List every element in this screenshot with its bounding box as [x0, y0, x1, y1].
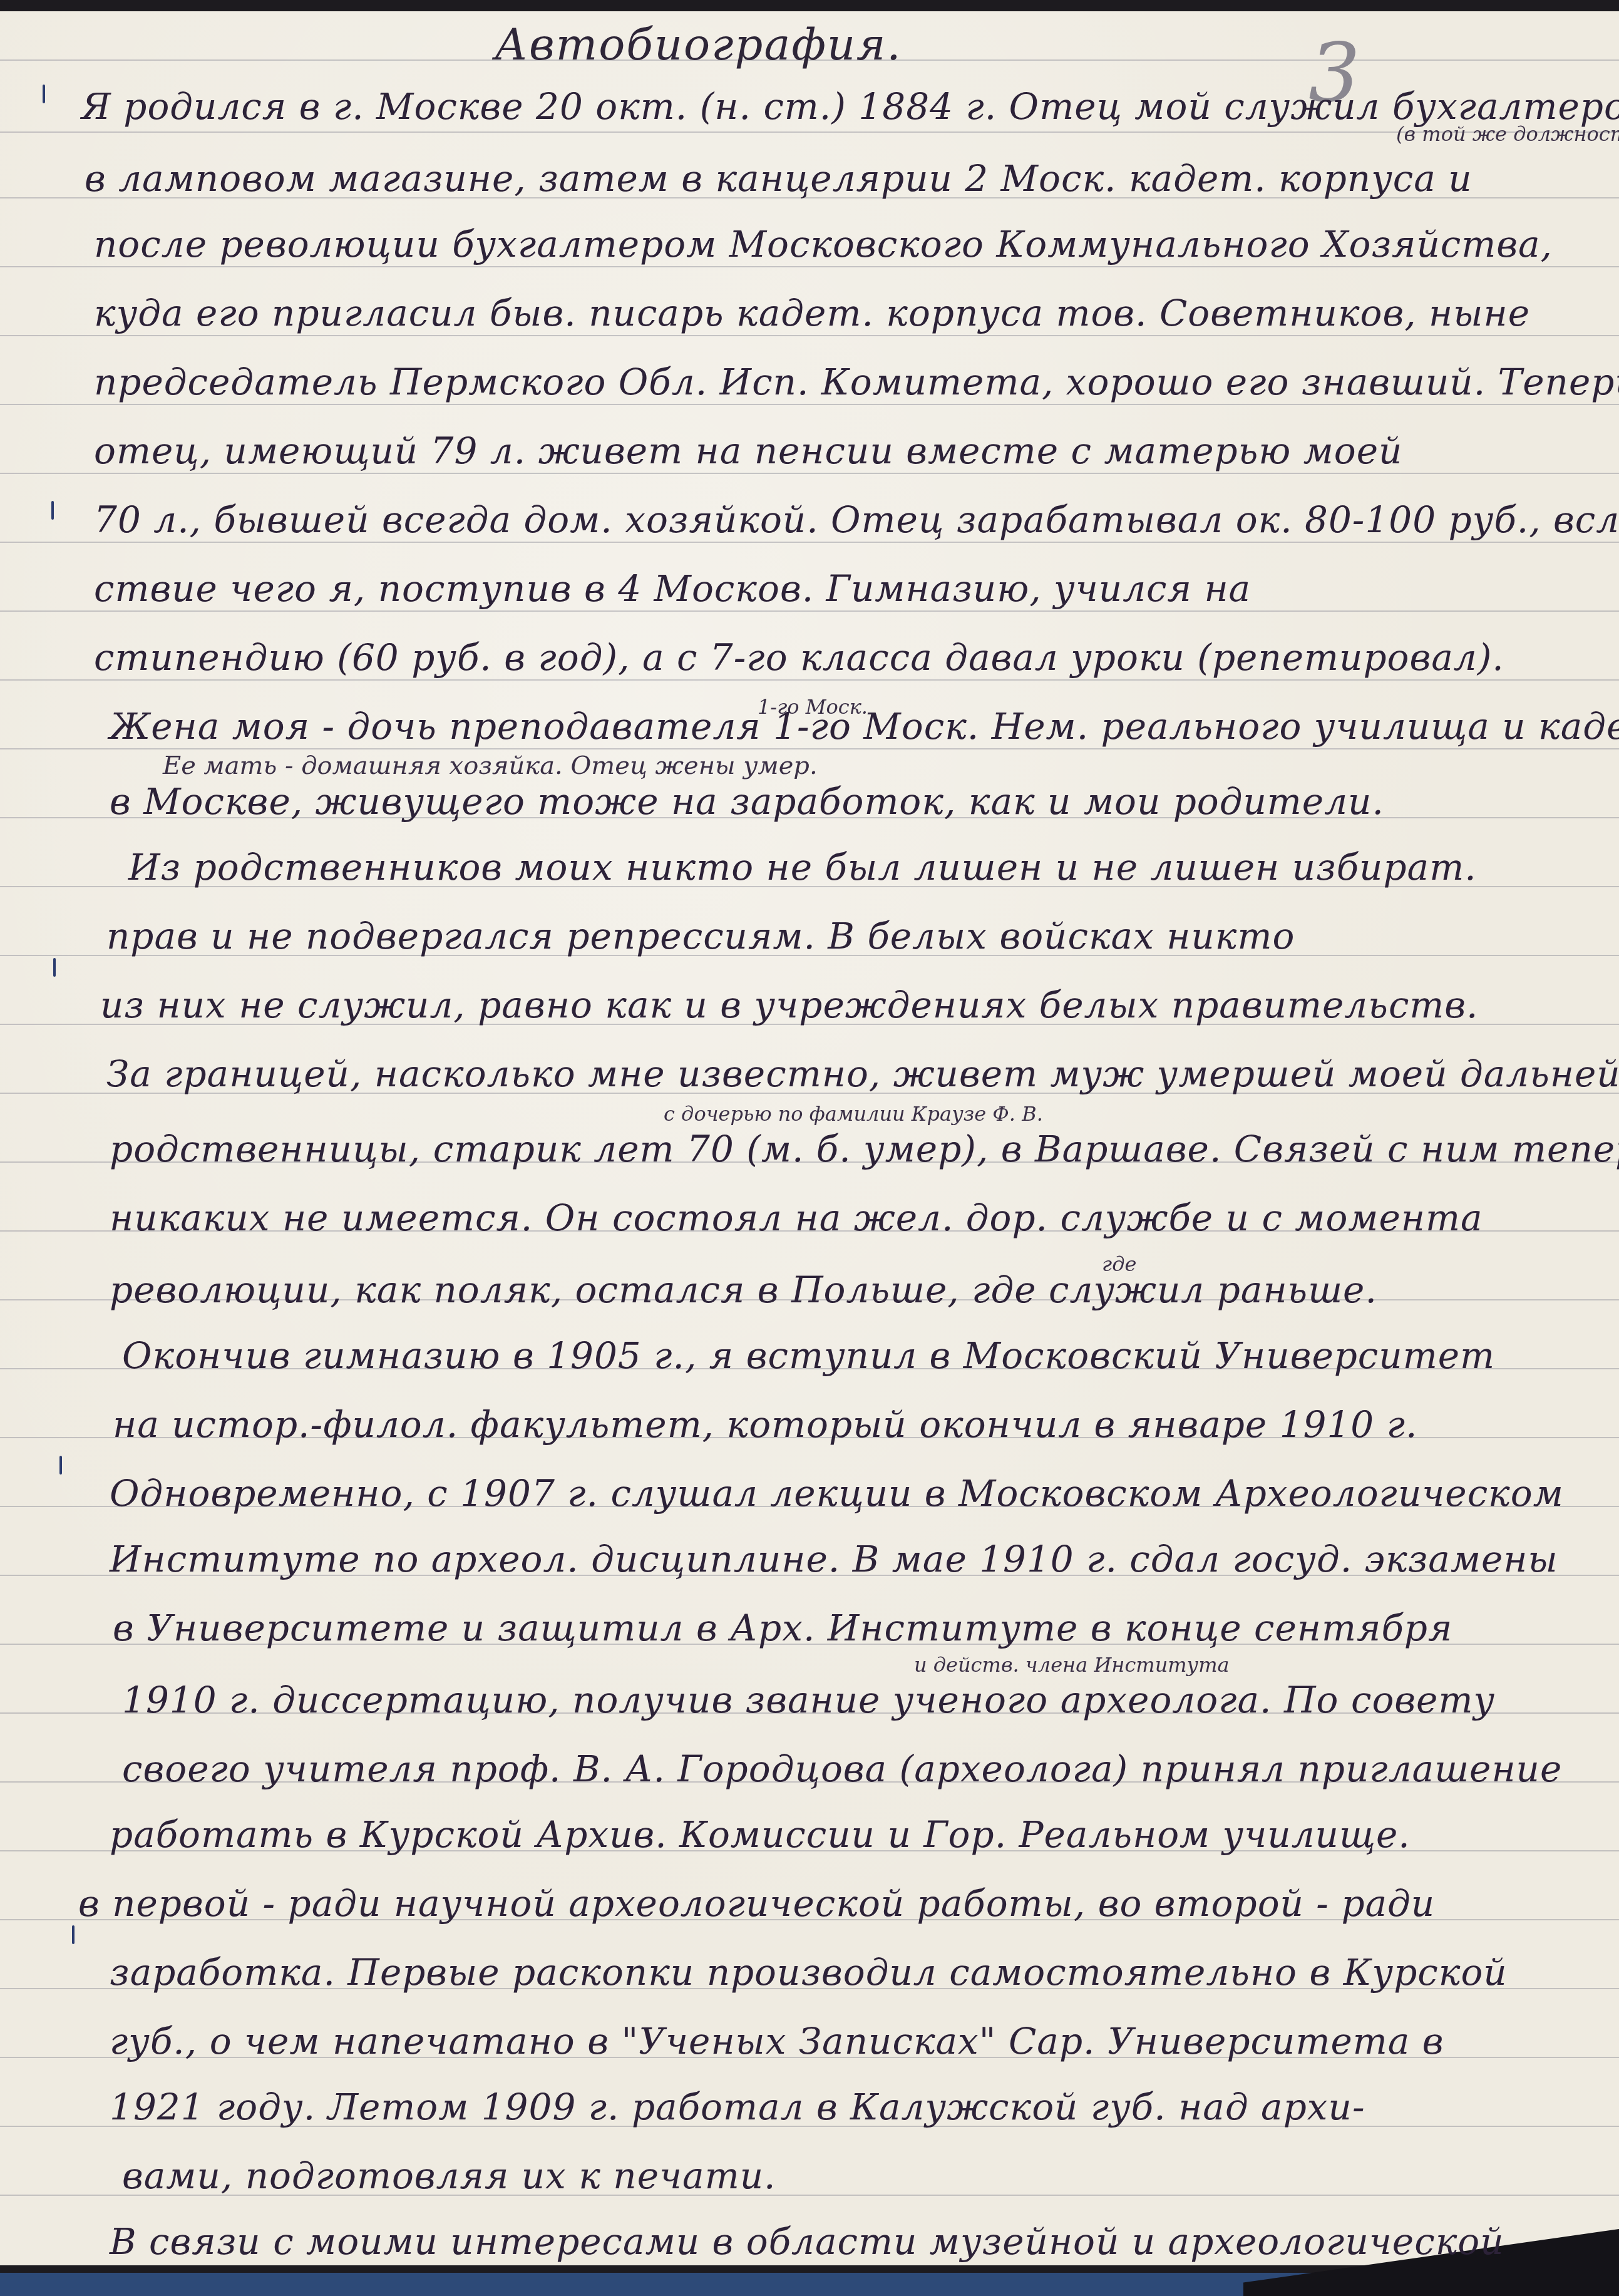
- text-line: ствие чего я, поступив в 4 Москов. Гимна…: [94, 567, 1251, 610]
- text-line: Из родственников моих никто не был лишен…: [128, 845, 1477, 889]
- text-line: Окончив гимназию в 1905 г., я вступил в …: [122, 1334, 1495, 1377]
- text-line: Я родился в г. Москве 20 окт. (н. ст.) 1…: [81, 85, 1619, 128]
- text-line: вами, подготовляя их к печати.: [122, 2154, 776, 2198]
- text-line: куда его пригласил быв. писарь кадет. ко…: [94, 291, 1530, 335]
- text-line: своего учителя проф. В. А. Городцова (ар…: [122, 1747, 1562, 1791]
- ruled-line: [0, 748, 1619, 749]
- text-line: губ., о чем напечатано в "Ученых Записка…: [110, 2019, 1444, 2063]
- text-line: Жена моя - дочь преподавателя 1-го Моск.…: [110, 704, 1619, 748]
- interlinear-note: (в той же должности): [1396, 122, 1619, 146]
- margin-mark: [51, 501, 54, 520]
- margin-mark: [59, 1456, 62, 1475]
- text-line: прав и не подвергался репрессиям. В белы…: [106, 914, 1295, 958]
- text-line: Институте по археол. дисциплине. В мае 1…: [110, 1537, 1558, 1581]
- margin-mark: [72, 1925, 75, 1944]
- document-title: Автобиография.: [495, 19, 902, 70]
- text-line: из них не служил, равно как и в учрежден…: [100, 983, 1479, 1027]
- margin-mark: [43, 85, 45, 103]
- ruled-line: [0, 266, 1619, 267]
- ruled-line: [0, 131, 1619, 133]
- margin-mark: [53, 958, 56, 977]
- text-line: 1921 году. Летом 1909 г. работал в Калуж…: [110, 2085, 1365, 2129]
- text-line: на истор.-филол. факультет, который окон…: [113, 1403, 1417, 1446]
- ruled-line: [0, 473, 1619, 474]
- ruled-line: [0, 679, 1619, 681]
- text-line: работать в Курской Архив. Комиссии и Гор…: [110, 1813, 1411, 1856]
- ruled-line: [0, 404, 1619, 405]
- text-line: стипендию (60 руб. в год), а с 7-го клас…: [94, 636, 1504, 679]
- text-line: родственницы, старик лет 70 (м. б. умер)…: [110, 1127, 1619, 1171]
- interlinear-note: Ее мать - домашняя хозяйка. Отец жены ум…: [163, 751, 818, 780]
- text-line: в первой - ради научной археологической …: [78, 1882, 1435, 1925]
- text-line: революции, как поляк, остался в Польше, …: [110, 1268, 1377, 1312]
- text-line: в Москве, живущего тоже на заработок, ка…: [110, 780, 1384, 823]
- text-line: За границей, насколько мне известно, жив…: [106, 1052, 1619, 1096]
- ruled-line: [0, 542, 1619, 543]
- text-line: в Университете и защитил в Арх. Институт…: [113, 1606, 1452, 1650]
- text-line: 1910 г. диссертацию, получив звание учен…: [122, 1678, 1495, 1722]
- ruled-line: [0, 610, 1619, 612]
- interlinear-note: и действ. члена Института: [914, 1653, 1230, 1677]
- interlinear-note: с дочерью по фамилии Краузе Ф. В.: [664, 1102, 1043, 1126]
- text-line: В связи с моими интересами в области муз…: [110, 2220, 1504, 2263]
- text-line: после революции бухгалтером Московского …: [94, 222, 1553, 266]
- text-line: 70 л., бывшей всегда дом. хозяйкой. Отец…: [94, 498, 1619, 542]
- text-line: председатель Пермского Обл. Исп. Комитет…: [94, 360, 1619, 404]
- text-line: Одновременно, с 1907 г. слушал лекции в …: [110, 1471, 1564, 1515]
- text-line: никаких не имеется. Он состоял на жел. д…: [110, 1196, 1483, 1240]
- text-line: отец, имеющий 79 л. живет на пенсии вмес…: [94, 429, 1402, 473]
- text-line: заработка. Первые раскопки производил са…: [110, 1950, 1508, 1994]
- ruled-line: [0, 335, 1619, 336]
- text-line: в ламповом магазине, затем в канцелярии …: [85, 157, 1473, 200]
